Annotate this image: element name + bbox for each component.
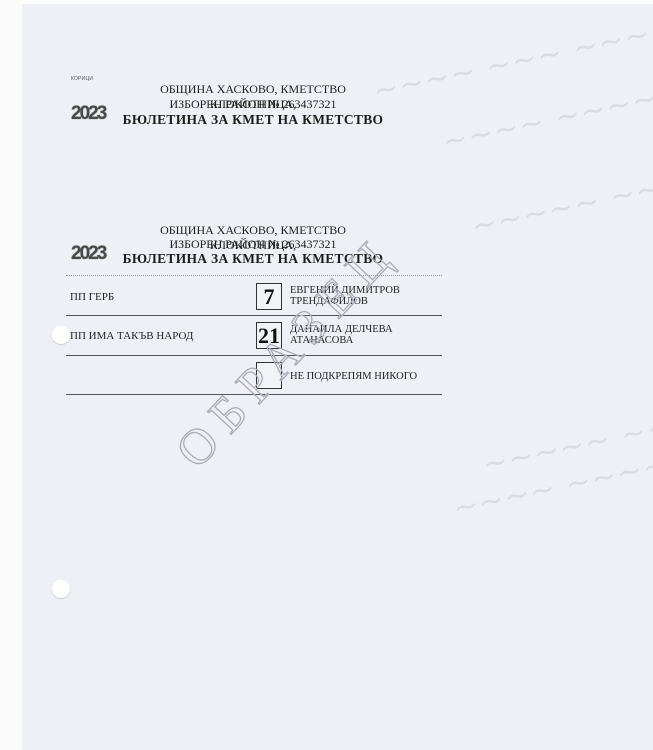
party-name: ПП ГЕРБ (70, 291, 114, 303)
hole-punch (52, 580, 70, 598)
year-logo: 2023 (71, 103, 105, 125)
none-option-label: НЕ ПОДКРЕПЯМ НИКОГО (290, 371, 417, 382)
page-margin (0, 0, 22, 750)
divider (66, 315, 442, 316)
hole-punch (52, 326, 70, 344)
year-logo: 2023 (71, 243, 105, 265)
ballot-number-box[interactable]: 7 (256, 283, 282, 310)
district-line: ИЗБОРЕН РАЙОН № 263437321 (118, 97, 388, 112)
ballot-title: БЮЛЕТИНА ЗА КМЕТ НА КМЕТСТВО (118, 112, 388, 128)
party-name: ПП ИМА ТАКЪВ НАРОД (70, 330, 193, 342)
small-label: КОРИЦИ (71, 76, 93, 82)
